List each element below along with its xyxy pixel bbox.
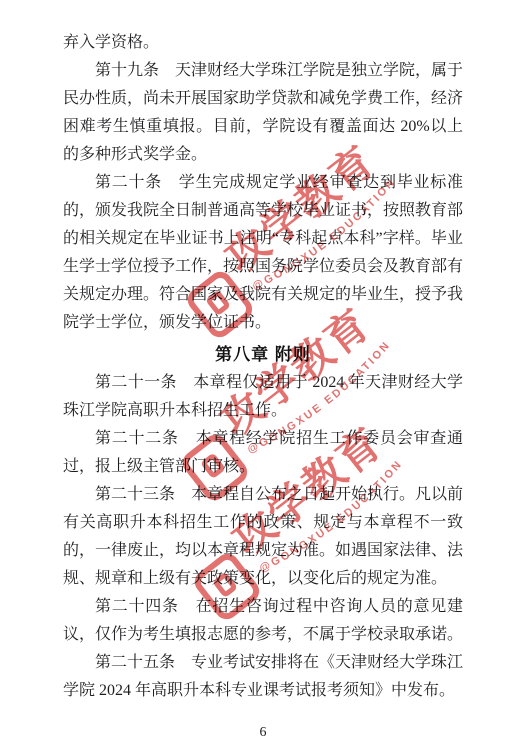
article-paragraph: 第二十四条 在招生咨询过程中咨询人员的意见建议，仅作为考生填报志愿的参考，不属于…	[63, 593, 463, 649]
article-paragraph: 第二十条 学生完成规定学业经审查达到毕业标准的，颁发我院全日制普通高等学校毕业证…	[63, 169, 463, 337]
article-paragraph: 第二十五条 专业考试安排将在《天津财经大学珠江学院 2024 年高职升本科专业课…	[63, 649, 463, 705]
document-body: 弃入学资格。第十九条 天津财经大学珠江学院是独立学院，属于民办性质，尚未开展国家…	[63, 29, 463, 705]
article-paragraph: 第二十三条 本章程自公布之日起开始执行。凡以前有关高职升本科招生工作的政策、规定…	[63, 481, 463, 593]
article-paragraph: 第二十一条 本章程仅适用于 2024 年天津财经大学珠江学院高职升本科招生工作。	[63, 369, 463, 425]
page-number: 6	[0, 725, 526, 741]
article-paragraph: 第十九条 天津财经大学珠江学院是独立学院，属于民办性质，尚未开展国家助学贷款和减…	[63, 57, 463, 169]
article-paragraph: 第二十二条 本章程经学院招生工作委员会审查通过，报上级主管部门审核。	[63, 425, 463, 481]
chapter-heading: 第八章 附则	[63, 341, 463, 369]
continuation-paragraph: 弃入学资格。	[63, 29, 463, 57]
document-page: 弃入学资格。第十九条 天津财经大学珠江学院是独立学院，属于民办性质，尚未开展国家…	[0, 0, 526, 751]
